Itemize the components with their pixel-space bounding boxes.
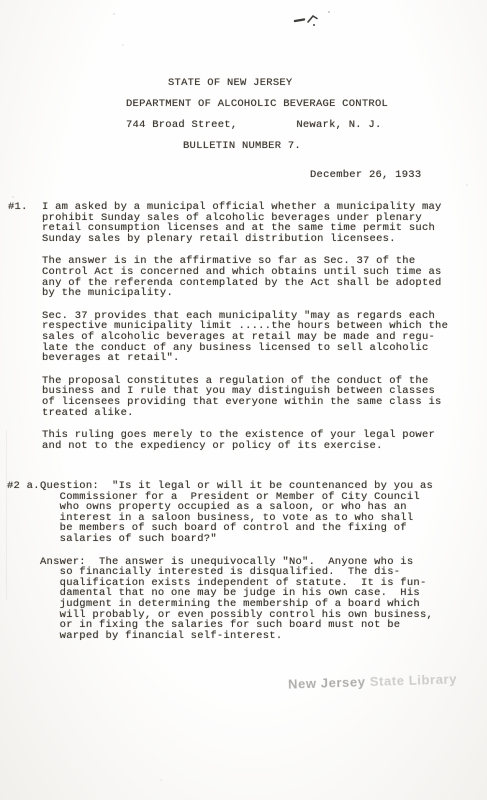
letterhead-state: STATE OF NEW JERSEY xyxy=(168,78,292,89)
paper-fold-line xyxy=(6,430,7,600)
library-stamp: New Jersey State Library xyxy=(288,671,457,691)
library-stamp-text-primary: New Jersey xyxy=(288,674,370,692)
bulletin-number: BULLETIN NUMBER 7. xyxy=(183,141,301,152)
paper-speck xyxy=(160,779,162,781)
paragraph: The answer is in the affirmative so far … xyxy=(42,256,462,298)
letterhead-address: 744 Broad Street, Newark, N. J. xyxy=(126,120,382,131)
document-date: December 26, 1933 xyxy=(310,170,421,181)
scanned-bulletin-page: STATE OF NEW JERSEY DEPARTMENT OF ALCOHO… xyxy=(0,0,487,800)
paragraph: The proposal constitutes a regulation of… xyxy=(42,376,462,418)
library-stamp-text-faded: State Library xyxy=(370,671,458,689)
question-paragraph: Question: "Is it legal or will it be cou… xyxy=(40,481,470,545)
paragraph: I am asked by a municipal official wheth… xyxy=(42,202,462,244)
paragraph: This ruling goes merely to the existence… xyxy=(42,430,462,451)
answer-paragraph: Answer: The answer is unequivocally "No"… xyxy=(40,557,470,642)
paper-speck xyxy=(122,44,124,46)
ink-smudge-mark xyxy=(293,9,335,31)
paper-speck xyxy=(466,184,468,186)
paragraph: Sec. 37 provides that each municipality … xyxy=(42,311,462,364)
section-2a-label: #2 a. xyxy=(7,481,40,492)
letterhead-department: DEPARTMENT OF ALCOHOLIC BEVERAGE CONTROL xyxy=(126,99,388,110)
section-1-label: #1. xyxy=(8,202,28,213)
paper-speck xyxy=(12,196,14,198)
paper-speck xyxy=(113,13,115,15)
